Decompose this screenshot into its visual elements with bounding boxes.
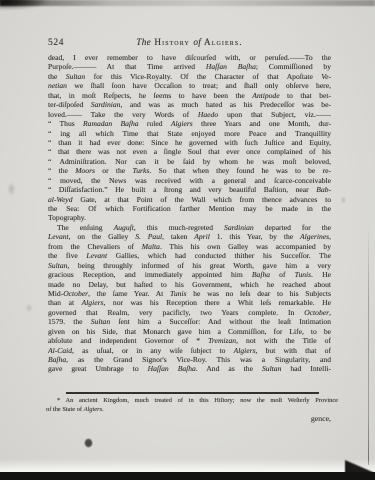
text-line: made no Delay, but haſted to his Governm… [48, 280, 331, 289]
footnote-rule [66, 392, 319, 394]
footnote: * An ancient Kingdom, much treated of in… [46, 397, 338, 414]
text-line: “ ing all which Time that State enjoyed … [48, 129, 331, 138]
text-line: Purpoſe.——— At that Time arrived Haſſan … [48, 62, 331, 71]
paragraph-1: dead, I ever remember to have diſcourſed… [48, 53, 331, 223]
text-line: the Sultan for this Vice-Royalty. Of the… [48, 72, 331, 81]
text-line: * An ancient Kingdom, much treated of in… [46, 397, 338, 406]
page-header: 524 The History of Algiers. [48, 37, 331, 49]
text-line: The enſuing Auguſt, this much-regreted S… [48, 223, 331, 232]
body-text: dead, I ever remember to have diſcourſed… [48, 53, 331, 374]
text-line: the five Levant Gallies, which had condu… [48, 251, 331, 260]
text-line: al-Weyd Gate, at that Point of the Wall … [48, 195, 331, 204]
text-line: Levant, on the Galley S. Paul, taken Apr… [48, 232, 331, 241]
text-line: loved.—— Take the very Words of Haedo up… [48, 110, 331, 119]
text-line: the Sea: Of which Fortification farther … [48, 204, 331, 213]
running-title: The History of Algiers. [48, 37, 331, 47]
text-line: Topography. [48, 213, 331, 222]
scan-smudge [7, 182, 16, 196]
scan-edge-bottom [0, 472, 375, 480]
scan-edge-top [0, 0, 375, 6]
text-line: ter-diſpoſed Sardinian, and was as much … [48, 100, 331, 109]
text-line: given on his Side, that Monarch gave him… [48, 327, 331, 336]
text-line: that, in moſt Reſpects, he ſeems to have… [48, 91, 331, 100]
page-bottom-highlight [0, 459, 375, 472]
scan-smudge [25, 303, 33, 313]
text-line: from the Chevaliers of Malta. This his o… [48, 242, 331, 251]
text-line: netian we ſhall ſoon have Occaſion to tr… [48, 81, 331, 90]
text-line: abſolute and independent Governor of * T… [48, 336, 331, 345]
text-line: dead, I ever remember to have diſcourſed… [48, 53, 331, 62]
paragraph-2: The enſuing Auguſt, this much-regreted S… [48, 223, 331, 374]
text-line: gave great Umbrage to Haſſan Baſha. And … [48, 364, 331, 373]
text-line: Al-Caid, as uſual, or in any wiſe ſubjec… [48, 346, 331, 355]
text-line: gracious Reception, and immediately appo… [48, 270, 331, 279]
text-line: 1579. the Sultan ſent him a Succeſſor: A… [48, 317, 331, 326]
text-line: Sultan, being throughly informed of his … [48, 261, 331, 270]
text-line: Baſha, as the Grand Signor's Vice-Roy. T… [48, 355, 331, 364]
scan-smudge [340, 196, 347, 204]
text-line: “ Diſſatisfaction.” He built a ſtrong an… [48, 185, 331, 194]
text-line: governed that Realm, very pacificly, two… [48, 308, 331, 317]
text-line: of the State of Algiers. [46, 406, 338, 415]
text-line: “ Adminiſtration. Nor can it be ſaid by … [48, 157, 331, 166]
book-page-scan: 524 The History of Algiers. dead, I ever… [0, 0, 375, 480]
page-edge-line [368, 225, 369, 465]
catchword: gence, [48, 414, 331, 423]
text-line: than at Algiers, nor was his Reception t… [48, 298, 331, 307]
text-line: “ Thus Ramadan Baſha ruled Algiers three… [48, 119, 331, 128]
text-line: “ that there was not even a ſingle Soul … [48, 147, 331, 156]
text-line: “ than it had ever done: Since he govern… [48, 138, 331, 147]
scan-corner-smudge [0, 0, 51, 10]
text-line: Mid-October, the ſame Year. At Tunis he … [48, 289, 331, 298]
ink-blot [84, 438, 93, 448]
text-line: “ the Moors or the Turks. So that when t… [48, 166, 331, 175]
text-line: “ moved, the News was received with a ge… [48, 176, 331, 185]
